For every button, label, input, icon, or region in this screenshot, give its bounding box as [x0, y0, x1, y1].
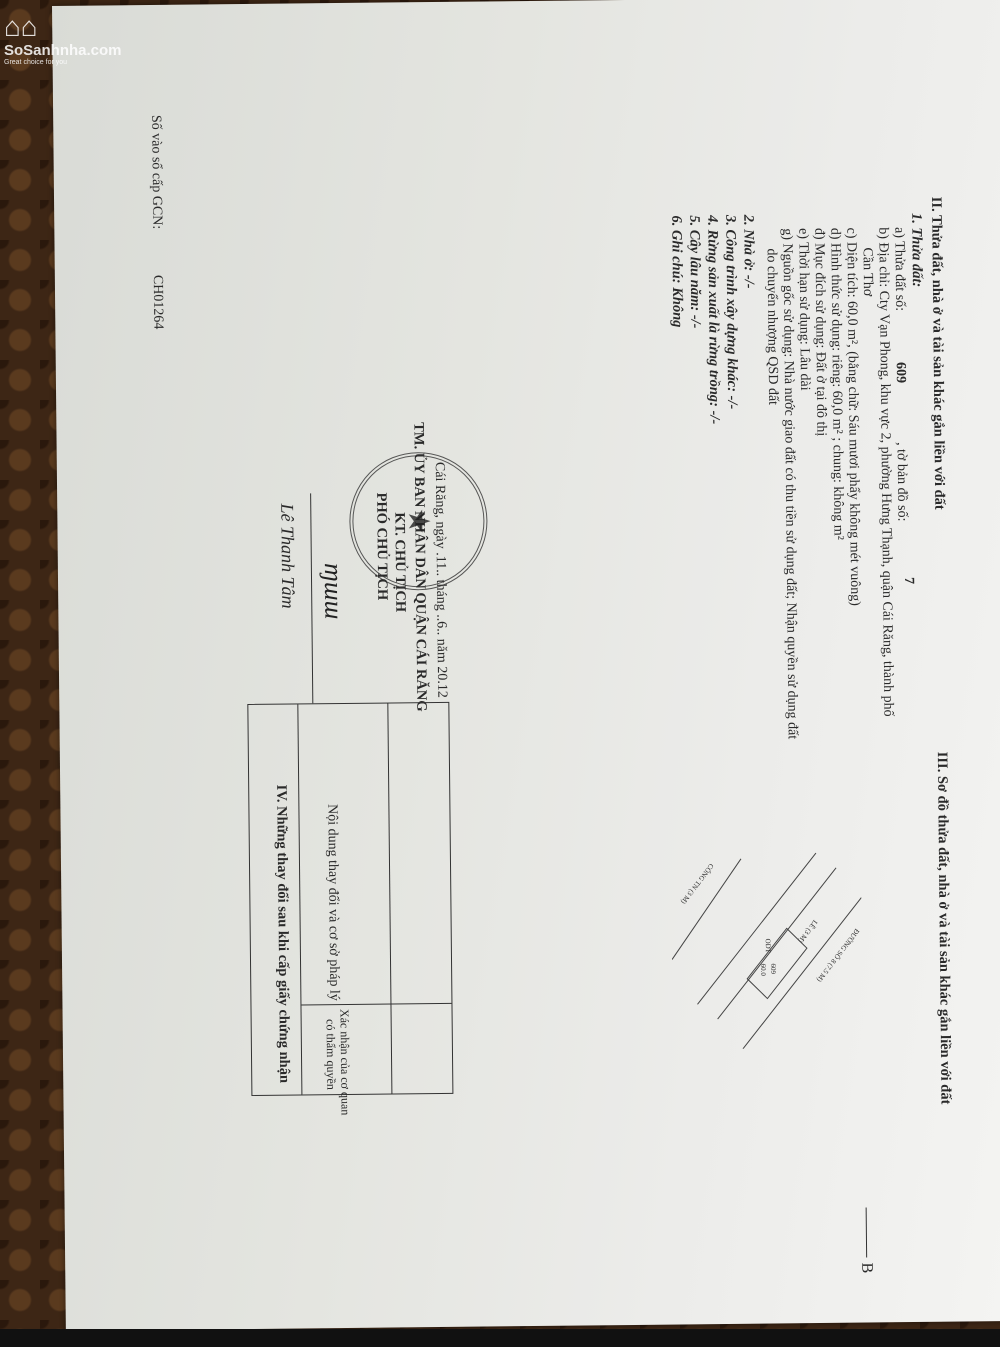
note-line: 6. Ghi chú: Không	[667, 215, 685, 327]
watermark-brand: SoSanhnha.com	[4, 42, 164, 59]
use-form-line: d) Hình thức sử dụng: riêng: 60,0 m² ; c…	[826, 228, 845, 540]
north-arrow-icon	[866, 1208, 868, 1258]
changes-table: IV. Những thay đổi sau khi cấp giấy chứn…	[247, 702, 453, 1096]
parcel-area: 60.0	[759, 964, 767, 976]
parcel-type: ODT	[764, 939, 772, 953]
col-authority-2: có thẩm quyền	[323, 1019, 339, 1090]
parcel-number: 609	[769, 963, 777, 974]
col-changes: Nội dung thay đổi và cơ sở pháp lý	[323, 804, 341, 1001]
registry-number: CH01264	[149, 275, 166, 330]
section-2-title: II. Thửa đất, nhà ở và tài sản khác gắn …	[927, 197, 947, 510]
section-4-title: IV. Những thay đổi sau khi cấp giấy chứn…	[272, 785, 292, 1084]
certificate-page: II. Thửa đất, nhà ở và tài sản khác gắn …	[52, 0, 1000, 1331]
other-works-line: 3. Công trình xây dựng khác: -/-	[721, 215, 740, 410]
parcel-number-label: a) Thửa đất số:	[890, 227, 907, 311]
use-term-line: e) Thời hạn sử dụng: Lâu dài	[794, 228, 812, 391]
sosanhnha-watermark: ⌂⌂ SoSanhnha.com Great choice for you	[4, 14, 164, 66]
north-arrow-label: B	[857, 1262, 875, 1273]
registry-label: Số vào sổ cấp GCN:	[147, 115, 164, 229]
parcel-number-value: 609	[892, 362, 908, 383]
map-sheet-value: 7	[900, 577, 916, 584]
rotated-content: II. Thửa đất, nhà ở và tài sản khác gắn …	[82, 16, 996, 1325]
watermark-tagline: Great choice for you	[4, 59, 164, 66]
table-header-divider	[297, 704, 302, 1094]
col-authority-1: Xác nhận của cơ quan	[337, 1009, 353, 1115]
section-2-sub1: 1. Thửa đất:	[907, 213, 925, 288]
signature-scribble: ɱɯɯ	[318, 563, 349, 620]
table-body-divider	[387, 704, 392, 1094]
map-sheet-label: , tờ bản đồ số:	[893, 442, 910, 522]
signer-name: Lê Thanh Tâm	[276, 503, 298, 608]
column-divider	[301, 1003, 451, 1006]
signature-line	[310, 493, 313, 703]
address-city: Cần Thơ	[859, 247, 876, 296]
origin-line-2: do chuyển nhượng QSD đất	[763, 248, 781, 405]
official-seal: ★	[349, 451, 488, 590]
star-icon: ★	[401, 508, 436, 535]
use-purpose-line: đ) Mục đích sử dụng: Đất ở tại đô thị	[810, 228, 828, 436]
house-logo-icon: ⌂⌂	[4, 14, 164, 42]
house-line: 2. Nhà ở: -/-	[739, 215, 757, 289]
section-3-title: III. Sơ đồ thửa đất, nhà ở và tài sản kh…	[933, 752, 954, 1105]
perennial-line: 5. Cây lâu năm: -/-	[685, 215, 703, 328]
forest-line: 4. Rừng sản xuất là rừng trồng: -/-	[703, 215, 722, 424]
floor-strip	[0, 1329, 1000, 1347]
